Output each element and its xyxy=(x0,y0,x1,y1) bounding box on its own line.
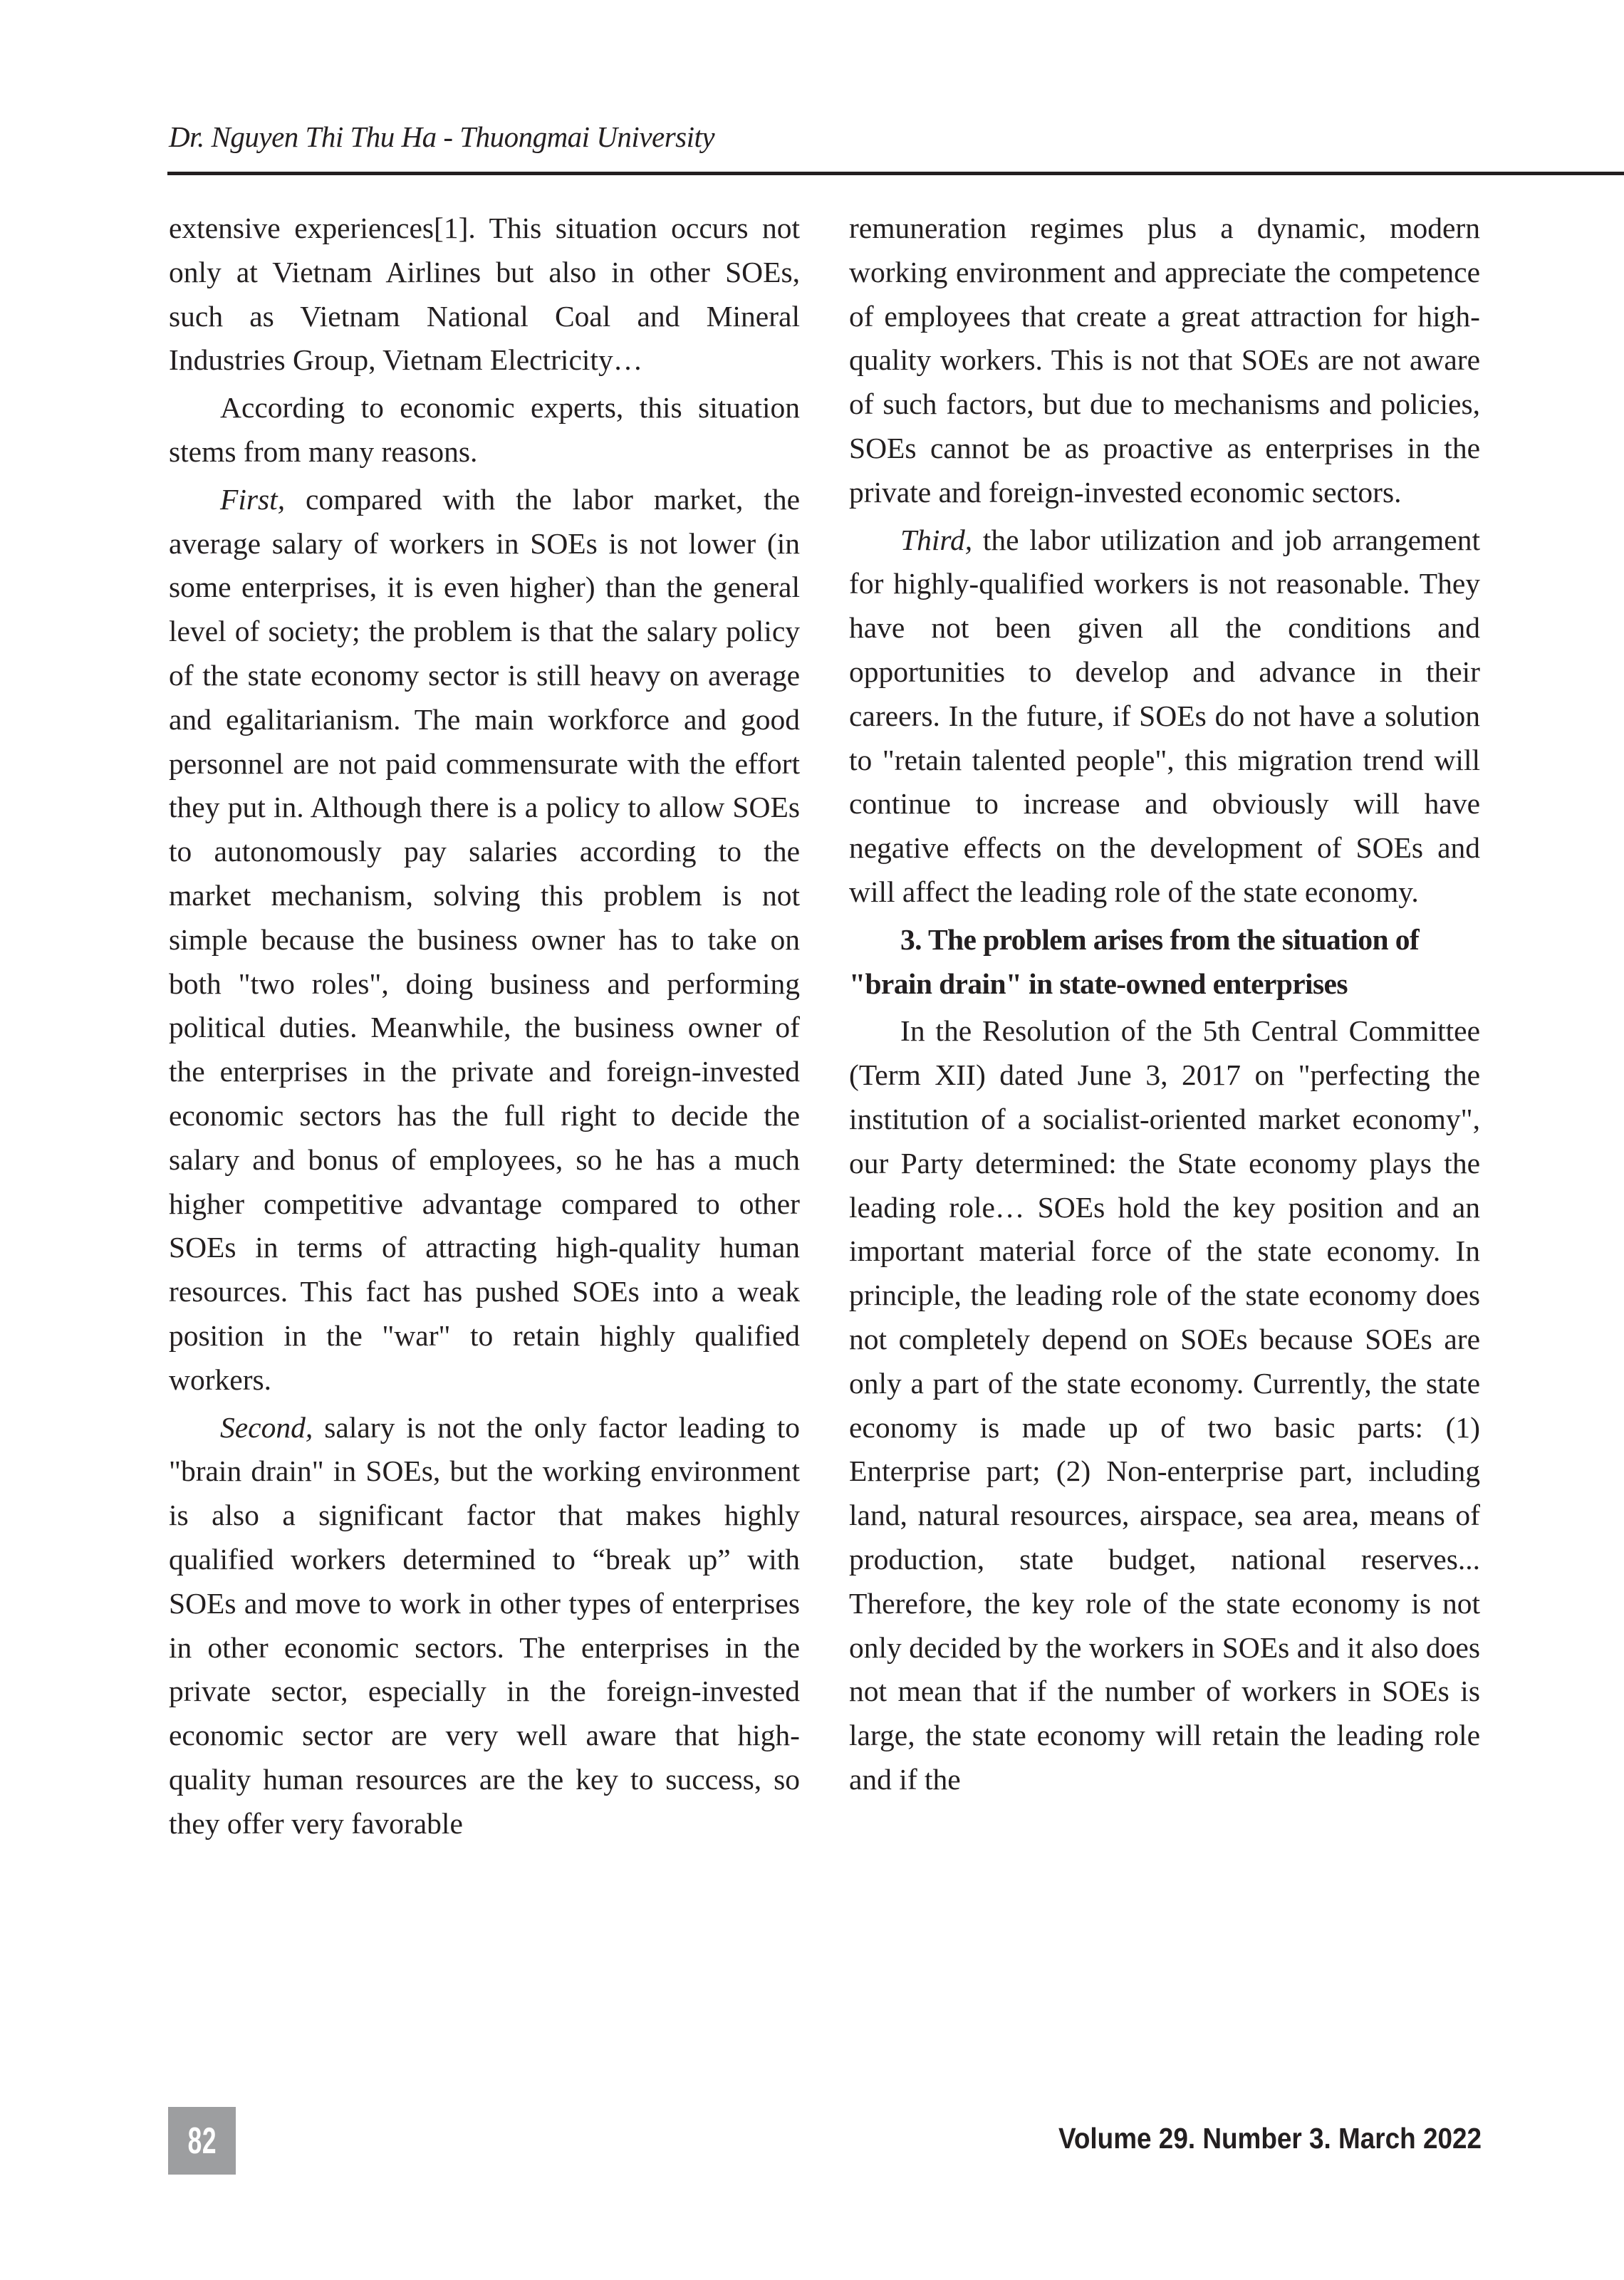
journal-issue-info: Volume 29. Number 3. March 2022 xyxy=(1058,2122,1482,2155)
paragraph: In the Resolution of the 5th Central Com… xyxy=(849,1009,1480,1801)
paragraph: Second, salary is not the only factor le… xyxy=(169,1406,800,1846)
header-rule xyxy=(167,172,1624,175)
running-head: Dr. Nguyen Thi Thu Ha - Thuongmai Univer… xyxy=(169,120,714,154)
paragraph-text: compared with the labor market, the aver… xyxy=(169,483,800,1396)
paragraph-lead: Third, xyxy=(900,524,972,556)
paragraph-lead: First, xyxy=(220,483,285,516)
left-column: extensive experiences[1]. This situation… xyxy=(169,207,800,1849)
paragraph: extensive experiences[1]. This situation… xyxy=(169,207,800,382)
paragraph-text: salary is not the only factor leading to… xyxy=(169,1411,800,1840)
paragraph-text: extensive experiences[1]. This situation… xyxy=(169,212,800,376)
right-column: remuneration regimes plus a dynamic, mod… xyxy=(849,207,1480,1806)
paragraph-text: In the Resolution of the 5th Central Com… xyxy=(849,1014,1480,1796)
paragraph-lead: Second, xyxy=(220,1411,313,1444)
paragraph: According to economic experts, this situ… xyxy=(169,386,800,474)
paragraph-text: the labor utilization and job arrangemen… xyxy=(849,524,1480,908)
paragraph: Third, the labor utilization and job arr… xyxy=(849,519,1480,915)
page-number: 82 xyxy=(187,2120,217,2162)
paragraph-text: remuneration regimes plus a dynamic, mod… xyxy=(849,212,1480,509)
paragraph: First, compared with the labor market, t… xyxy=(169,478,800,1402)
paragraph-text: According to economic experts, this situ… xyxy=(169,391,800,468)
page-number-box: 82 xyxy=(168,2107,236,2175)
section-heading: 3. The problem arises from the situation… xyxy=(849,918,1480,1006)
paragraph: remuneration regimes plus a dynamic, mod… xyxy=(849,207,1480,515)
